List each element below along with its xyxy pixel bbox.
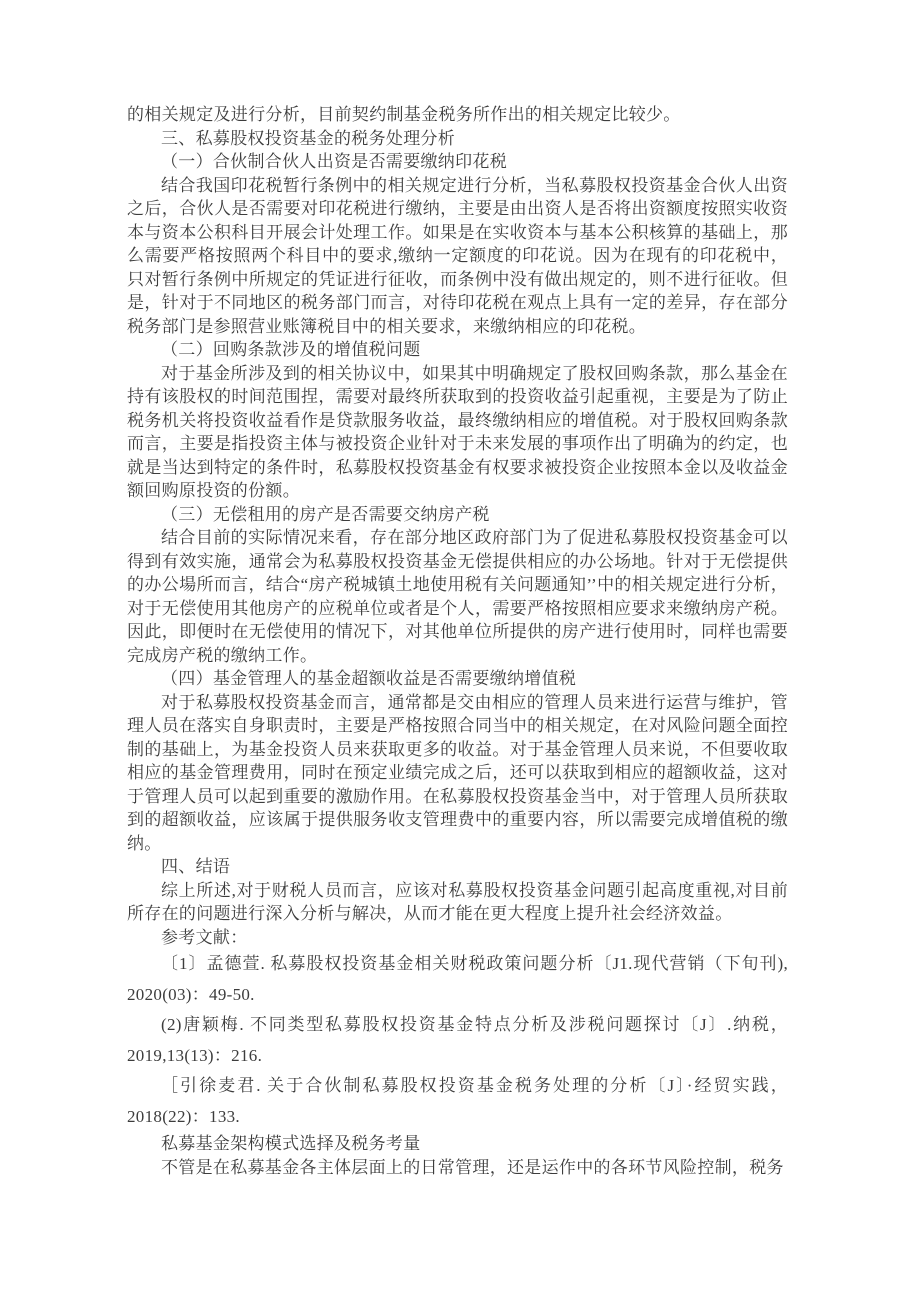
section-heading-4: 四、结语: [127, 855, 788, 879]
body-paragraph: 不管是在私募基金各主体层面上的日常管理，还是运作中的各环节风险控制，税务: [127, 1156, 788, 1180]
section-heading-3: 三、私募股权投资基金的税务处理分析: [127, 127, 788, 151]
subsection-heading-3-3: （三）无偿租用的房产是否需要交纳房产税: [127, 503, 788, 527]
continuation-paragraph: 的相关规定及进行分析，目前契约制基金税务所作出的相关规定比较少。: [127, 103, 788, 127]
body-paragraph: 综上所述,对于财税人员而言，应该对私募股权投资基金问题引起高度重视,对目前所存在…: [127, 879, 788, 926]
reference-item-1: 〔1〕孟德萱. 私募股权投资基金相关财税政策问题分析〔J1.现代营销（下旬刊),…: [127, 949, 788, 1010]
subsection-heading-3-4: （四）基金管理人的基金超额收益是否需要缴纳增值税: [127, 667, 788, 691]
body-paragraph: 结合我国印花税暂行条例中的相关规定进行分析，当私募股权投资基金合伙人出资之后，合…: [127, 174, 788, 339]
next-article-title: 私募基金架构模式选择及税务考量: [127, 1132, 788, 1156]
document-page: 的相关规定及进行分析，目前契约制基金税务所作出的相关规定比较少。 三、私募股权投…: [0, 0, 920, 1301]
text-column: 的相关规定及进行分析，目前契约制基金税务所作出的相关规定比较少。 三、私募股权投…: [127, 103, 788, 1179]
reference-item-3: ［引徐麦君. 关于合伙制私募股权投资基金税务处理的分析〔J〕·经贸实践，2018…: [127, 1071, 788, 1132]
subsection-heading-3-2: （二）回购条款涉及的增值税问题: [127, 338, 788, 362]
references-list: 〔1〕孟德萱. 私募股权投资基金相关财税政策问题分析〔J1.现代营销（下旬刊),…: [127, 949, 788, 1132]
body-paragraph: 结合目前的实际情况来看，存在部分地区政府部门为了促进私募股权投资基金可以得到有效…: [127, 526, 788, 667]
body-paragraph: 对于私募股权投资基金而言，通常都是交由相应的管理人员来进行运营与维护，管理人员在…: [127, 691, 788, 856]
references-label: 参考文献：: [127, 926, 788, 950]
reference-item-2: (2)唐颖梅. 不同类型私募股权投资基金特点分析及涉税问题探讨〔J〕.纳税，20…: [127, 1010, 788, 1071]
subsection-heading-3-1: （一）合伙制合伙人出资是否需要缴纳印花税: [127, 150, 788, 174]
body-paragraph: 对于基金所涉及到的相关协议中，如果其中明确规定了股权回购条款，那么基金在持有该股…: [127, 362, 788, 503]
